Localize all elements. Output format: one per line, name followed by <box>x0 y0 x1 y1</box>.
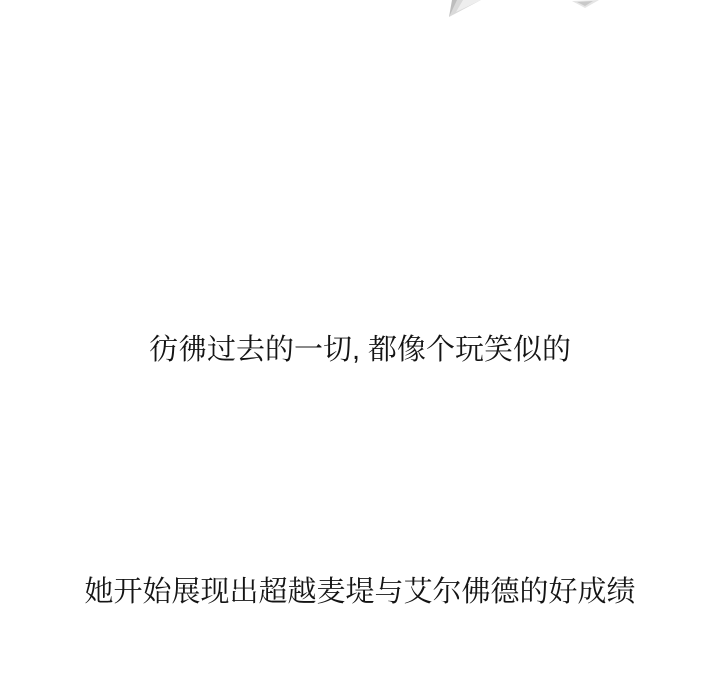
caption-line-2: 她开始展现出超越麦堤与艾尔佛德的好成绩 <box>0 577 720 607</box>
webtoon-panel: 彷彿过去的一切, 都像个玩笑似的 她开始展现出超越麦堤与艾尔佛德的好成绩 <box>0 0 720 700</box>
caption-line-1: 彷彿过去的一切, 都像个玩笑似的 <box>0 335 720 365</box>
starburst-fragment-icon <box>0 0 720 20</box>
